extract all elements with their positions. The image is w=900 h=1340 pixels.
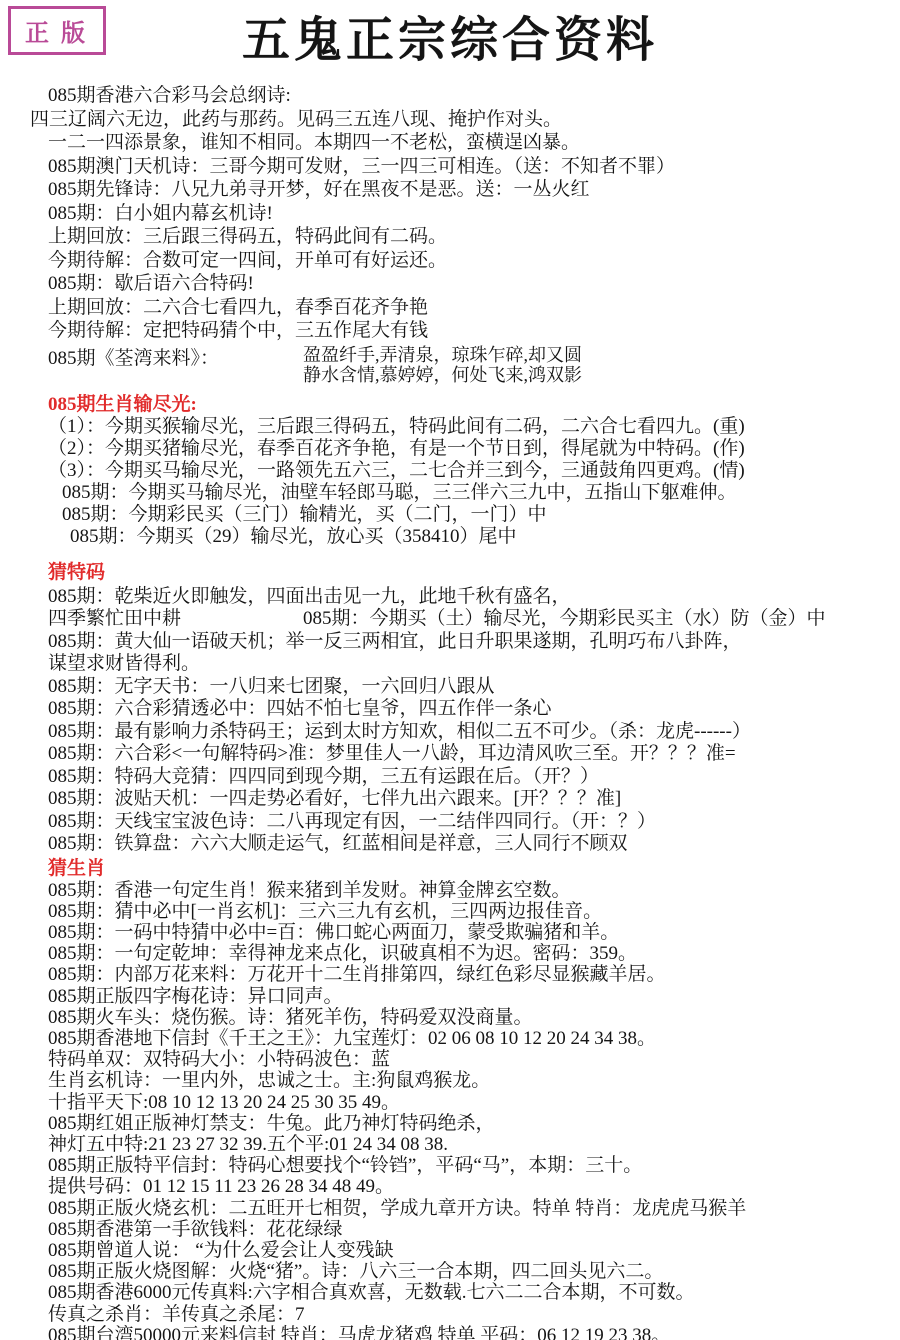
text-line: 085期：内部万花来料：万花开十二生肖排第四，绿红色彩尽显猴藏羊居。: [48, 964, 900, 985]
text-line: 085期：六合彩<一句解特码>准：梦里佳人一八龄，耳边清风吹三至。开？？？准=: [48, 743, 900, 766]
text-line: 085期：今期买（29）输尽光，放心买（358410）尾中: [70, 526, 900, 548]
text-line: 085期：一句定乾坤：幸得神龙来点化，识破真相不为迟。密码：359。: [48, 943, 900, 964]
text-line: 生肖玄机诗：一里内外，忠诚之士。主:狗鼠鸡猴龙。: [48, 1070, 900, 1091]
text-line: 谋望求财皆得利。: [48, 653, 900, 676]
text-line: 085期：歇后语六合特码!: [48, 272, 900, 296]
text-segment-left: 四季繁忙田中耕: [48, 608, 303, 631]
text-line: 085期：白小姐内幕玄机诗!: [48, 202, 900, 226]
zodiac-shujinguang-section: （1）：今期买猴输尽光，三后跟三得码五，特码此间有二码，二六合七看四九。(重) …: [0, 416, 900, 548]
text-line: 十指平天下:08 10 12 13 20 24 25 30 35 49。: [48, 1092, 900, 1113]
section-heading-guess-special-code: 猜特码: [48, 561, 900, 584]
text-line: （3）：今期买马输尽光，一路领先五六三，二七合并三到今，三通鼓角四更鸡。(情): [48, 460, 900, 482]
text-line: 085期香港地下信封《千王之王》：九宝莲灯：02 06 08 10 12 20 …: [48, 1028, 900, 1049]
guess-special-code-section: 085期：乾柴近火即触发，四面出击见一九，此地千秋有盛名， 四季繁忙田中耕085…: [0, 586, 900, 856]
text-line: 085期澳门天机诗：三哥今期可发财，三一四三可相连。（送：不知者不罪）: [48, 155, 900, 179]
text-line: 085期红姐正版神灯禁支：牛兔。此乃神灯特码绝杀，: [48, 1113, 900, 1134]
text-line: 盈盈纤手,弄清泉，琼珠乍碎,却又圆: [303, 345, 582, 365]
text-line: 085期：六合彩猜透必中：四姑不怕七皇爷，四五作伴一条心: [48, 698, 900, 721]
document-body: 085期香港六合彩马会总纲诗: 四三辽阔六无边，此药与那药。见码三五连八现、掩护…: [0, 84, 900, 1340]
text-line: 神灯五中特:21 23 27 32 39.五个平:01 24 34 08 38.: [48, 1134, 900, 1155]
text-line: 四三辽阔六无边，此药与那药。见码三五连八现、掩护作对头。: [30, 108, 900, 132]
text-line: 085期台湾50000元来料信封 特肖：马虎龙猪鸡 特单 平码：06 12 19…: [48, 1325, 900, 1340]
guess-zodiac-section: 085期：香港一句定生肖！猴来猪到羊发财。神算金牌玄空数。 085期：猜中必中[…: [0, 880, 900, 1340]
section-heading-guess-zodiac: 猜生肖: [48, 857, 900, 880]
text-line: 085期：铁算盘：六六大顺走运气，红蓝相间是祥意，三人同行不顾双: [48, 833, 900, 856]
text-line: （1）：今期买猴输尽光，三后跟三得码五，特码此间有二码，二六合七看四九。(重): [48, 416, 900, 438]
text-line: 085期：黄大仙一语破天机；举一反三两相宜，此日升职果遂期，孔明巧布八卦阵，: [48, 631, 900, 654]
text-line: 特码单双：双特码大小：小特码波色：蓝: [48, 1049, 900, 1070]
section-heading-zodiac-shujinguang: 085期生肖输尽光:: [48, 393, 900, 416]
text-line: 085期先锋诗：八兄九弟寻开梦，好在黑夜不是恶。送：一丛火红: [48, 178, 900, 202]
text-line: 085期正版四字梅花诗：异口同声。: [48, 986, 900, 1007]
page-title: 五鬼正宗综合资料: [0, 12, 900, 70]
text-line: 静水含情,慕婷婷，何处飞来,鸿双影: [303, 365, 582, 385]
text-line: 085期正版火烧玄机：二五旺开七相贺，学成九章开方诀。特单 特肖：龙虎虎马猴羊: [48, 1198, 900, 1219]
text-line: 085期：天线宝宝波色诗：二八再现定有因，一二结伴四同行。（开：？）: [48, 811, 900, 834]
text-line: 一二一四添景象，谁知不相同。本期四一不老松，蛮横逞凶暴。: [48, 131, 900, 155]
text-line: 085期：香港一句定生肖！猴来猪到羊发财。神算金牌玄空数。: [48, 880, 900, 901]
authenticity-badge: 正版: [8, 6, 106, 55]
text-line-split: 四季繁忙田中耕085期：今期买（土）输尽光，今期彩民买主（水）防（金）中: [48, 608, 900, 631]
text-line: 提供号码：01 12 15 11 23 26 28 34 48 49。: [48, 1176, 900, 1197]
text-line: 085期：今期彩民买（三门）输精光，买（二门，一门）中: [62, 504, 900, 526]
text-line: 085期：一码中特猜中必中=百：佛口蛇心两面刀，蒙受欺骗猪和羊。: [48, 922, 900, 943]
quanwan-poem: 盈盈纤手,弄清泉，琼珠乍碎,却又圆 静水含情,慕婷婷，何处飞来,鸿双影: [303, 345, 582, 385]
quanwan-material-row: 085期《荃湾来料》： 盈盈纤手,弄清泉，琼珠乍碎,却又圆 静水含情,慕婷婷，何…: [48, 345, 900, 385]
text-line: 085期：今期买马输尽光，油壁车轻郎马聪，三三伴六三九中，五指山下躯难伸。: [62, 482, 900, 504]
text-line: 上期回放：三后跟三得码五，特码此间有二码。: [48, 225, 900, 249]
text-line: 上期回放：二六合七看四九，春季百花齐争艳: [48, 296, 900, 320]
text-line: 085期香港六合彩马会总纲诗:: [48, 84, 900, 108]
quanwan-label: 085期《荃湾来料》：: [48, 345, 303, 385]
text-line: 085期火车头：烧伤猴。诗：猪死羊伤，特码爱双没商量。: [48, 1007, 900, 1028]
text-line: 085期：最有影响力杀特码王；运到太时方知欢，相似二五不可少。（杀：龙虎----…: [48, 721, 900, 744]
text-line: 085期：乾柴近火即触发，四面出击见一九，此地千秋有盛名，: [48, 586, 900, 609]
text-line: 085期：特码大竞猜：四四同到现今期，三五有运跟在后。（开？）: [48, 766, 900, 789]
text-line: 今期待解：合数可定一四间，开单可有好运还。: [48, 249, 900, 273]
text-line: 085期正版特平信封：特码心想要找个“铃铛”，平码“马”，本期：三十。: [48, 1155, 900, 1176]
text-line: 085期：猜中必中[一肖玄机]：三六三九有玄机，三四两边报佳音。: [48, 901, 900, 922]
text-line: 今期待解：定把特码猜个中，三五作尾大有钱: [48, 319, 900, 343]
text-line: 085期香港第一手欲钱料：花花绿绿: [48, 1219, 900, 1240]
text-line: 085期香港6000元传真料:六字相合真欢喜，无数载.七六二二合本期，不可数。: [48, 1282, 900, 1303]
text-line: 085期：无字天书：一八归来七团聚，一六回归八跟从: [48, 676, 900, 699]
text-line: 085期曾道人说： “为什么爱会让人变残缺: [48, 1240, 900, 1261]
text-line: 085期：波贴天机：一四走势必看好，七伴九出六跟来。[开？？？准]: [48, 788, 900, 811]
text-line: 传真之杀肖：羊传真之杀尾：7: [48, 1304, 900, 1325]
text-segment-right: 085期：今期买（土）输尽光，今期彩民买主（水）防（金）中: [303, 608, 826, 629]
text-line: 085期正版火烧图解：火烧“猪”。诗：八六三一合本期，四二回头见六二。: [48, 1261, 900, 1282]
intro-section: 085期香港六合彩马会总纲诗: 四三辽阔六无边，此药与那药。见码三五连八现、掩护…: [0, 84, 900, 343]
text-line: （2）：今期买猪输尽光，春季百花齐争艳，有是一个节日到，得尾就为中特码。(作): [48, 438, 900, 460]
